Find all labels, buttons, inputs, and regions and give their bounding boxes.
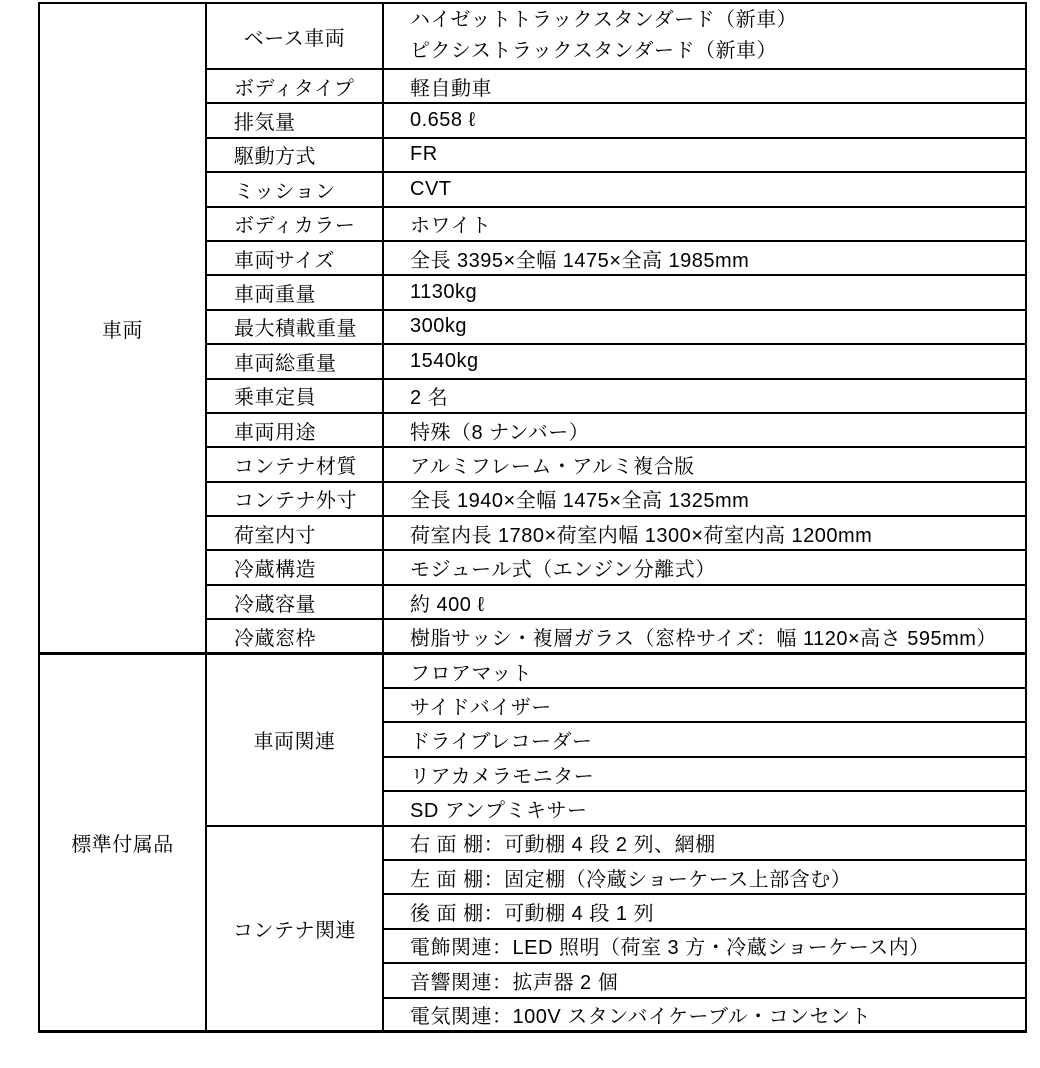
row-value: 2 名: [383, 379, 1026, 413]
row-value: 左 面 棚：固定棚（冷蔵ショーケース上部含む）: [383, 860, 1026, 894]
row-label: 駆動方式: [206, 138, 383, 172]
row-label: 冷蔵構造: [206, 550, 383, 584]
row-value: 1130kg: [383, 275, 1026, 309]
row-value: ドライブレコーダー: [383, 722, 1026, 756]
row-label: 車両総重量: [206, 344, 383, 378]
row-value: アルミフレーム・アルミ複合版: [383, 447, 1026, 481]
row-value: リアカメラモニター: [383, 757, 1026, 791]
row-label: ボディタイプ: [206, 69, 383, 103]
row-value: ハイゼットトラックスタンダード（新車） ピクシストラックスタンダード（新車）: [383, 3, 1026, 69]
table-row: 車両 ベース車両 ハイゼットトラックスタンダード（新車） ピクシストラックスタン…: [39, 3, 1026, 69]
row-label: ベース車両: [206, 3, 383, 69]
section-cell-vehicle: 車両: [39, 3, 206, 654]
row-value: 特殊（8 ナンバー）: [383, 413, 1026, 447]
row-value: 樹脂サッシ・複層ガラス（窓枠サイズ：幅 1120×高さ 595mm）: [383, 619, 1026, 653]
row-value: 全長 3395×全幅 1475×全高 1985mm: [383, 241, 1026, 275]
row-value: 荷室内長 1780×荷室内幅 1300×荷室内高 1200mm: [383, 516, 1026, 550]
group-cell-container-related: コンテナ関連: [206, 826, 383, 1032]
row-label: 冷蔵窓枠: [206, 619, 383, 653]
row-label: 車両重量: [206, 275, 383, 309]
row-label: ボディカラー: [206, 207, 383, 241]
row-value: 電気関連：100V スタンバイケーブル・コンセント: [383, 998, 1026, 1032]
table-row: 標準付属品 車両関連 フロアマット: [39, 654, 1026, 688]
row-value: 0.658 ℓ: [383, 103, 1026, 137]
row-value: 全長 1940×全幅 1475×全高 1325mm: [383, 482, 1026, 516]
row-value: 軽自動車: [383, 69, 1026, 103]
row-label: ミッション: [206, 172, 383, 206]
group-cell-vehicle-related: 車両関連: [206, 654, 383, 826]
row-value: モジュール式（エンジン分離式）: [383, 550, 1026, 584]
row-label: 最大積載重量: [206, 310, 383, 344]
row-value: 電飾関連：LED 照明（荷室 3 方・冷蔵ショーケース内）: [383, 929, 1026, 963]
row-value: フロアマット: [383, 654, 1026, 688]
base-vehicle-line-2: ピクシストラックスタンダード（新車）: [410, 36, 1025, 67]
row-value: 音響関連：拡声器 2 個: [383, 963, 1026, 997]
row-value: 約 400 ℓ: [383, 585, 1026, 619]
row-label: 車両サイズ: [206, 241, 383, 275]
row-value: 1540kg: [383, 344, 1026, 378]
row-label: 荷室内寸: [206, 516, 383, 550]
row-value: CVT: [383, 172, 1026, 206]
row-label: 排気量: [206, 103, 383, 137]
row-value: SD アンプミキサー: [383, 791, 1026, 825]
page: 車両 ベース車両 ハイゼットトラックスタンダード（新車） ピクシストラックスタン…: [0, 0, 1040, 1068]
row-value: 後 面 棚：可動棚 4 段 1 列: [383, 894, 1026, 928]
row-label: 車両用途: [206, 413, 383, 447]
section-cell-accessories: 標準付属品: [39, 654, 206, 1032]
row-value: FR: [383, 138, 1026, 172]
row-label: 冷蔵容量: [206, 585, 383, 619]
row-label: 乗車定員: [206, 379, 383, 413]
row-value: ホワイト: [383, 207, 1026, 241]
row-value: 300kg: [383, 310, 1026, 344]
base-vehicle-line-1: ハイゼットトラックスタンダード（新車）: [410, 5, 1025, 36]
row-label: コンテナ外寸: [206, 482, 383, 516]
row-value: 右 面 棚：可動棚 4 段 2 列、網棚: [383, 826, 1026, 860]
row-value: サイドバイザー: [383, 688, 1026, 722]
spec-table: 車両 ベース車両 ハイゼットトラックスタンダード（新車） ピクシストラックスタン…: [38, 2, 1027, 1033]
row-label: コンテナ材質: [206, 447, 383, 481]
